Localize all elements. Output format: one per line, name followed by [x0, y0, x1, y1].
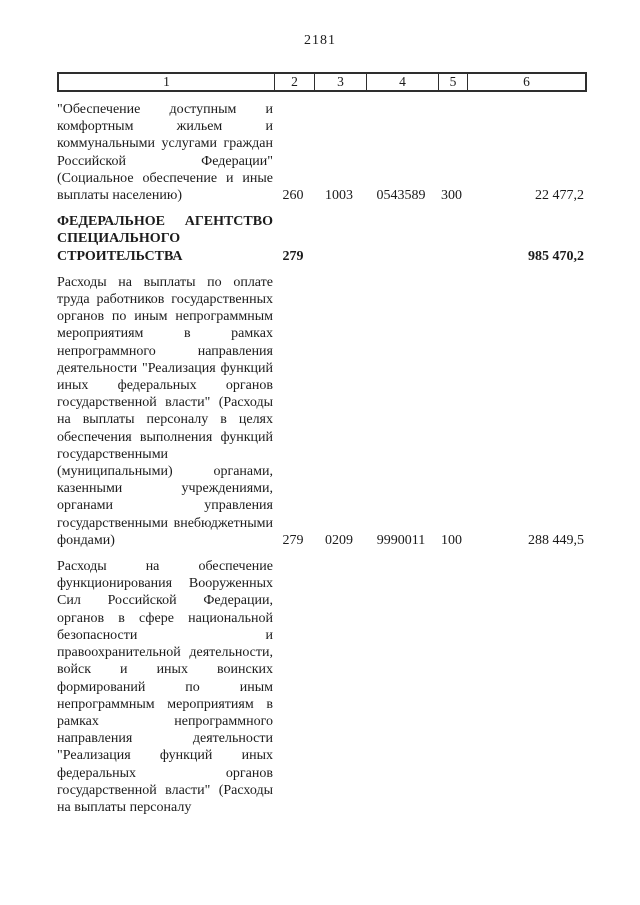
amount-cell: 288 449,5 — [466, 532, 587, 549]
table-row: "Обеспечение доступным и комфортным жиль… — [57, 101, 587, 204]
budget-table: 1 2 3 4 5 6 "Обеспечение доступным и ком… — [57, 72, 587, 816]
header-cell-4: 4 — [366, 74, 438, 90]
expense-name-cell: "Обеспечение доступным и комфортным жиль… — [57, 101, 273, 204]
header-cell-3: 3 — [314, 74, 366, 90]
code-cell-3: 0209 — [313, 532, 365, 549]
code-cell-4: 0543589 — [365, 187, 437, 204]
page-number: 2181 — [0, 33, 640, 49]
header-cell-1: 1 — [59, 74, 274, 90]
expense-name-cell: Расходы на выплаты по оплате труда работ… — [57, 274, 273, 549]
code-cell-2: 279 — [273, 532, 313, 549]
code-cell-2: 260 — [273, 187, 313, 204]
header-cell-5: 5 — [438, 74, 467, 90]
table-row-agency-header: ФЕДЕРАЛЬНОЕ АГЕНТСТВО СПЕЦИАЛЬНОГО СТРОИ… — [57, 213, 587, 265]
document-page: 2181 1 2 3 4 5 6 "Обеспечение доступным … — [0, 0, 640, 905]
table-header-row: 1 2 3 4 5 6 — [57, 72, 587, 92]
code-cell-5: 300 — [437, 187, 466, 204]
header-cell-6: 6 — [467, 74, 585, 90]
table-row: Расходы на выплаты по оплате труда работ… — [57, 274, 587, 549]
code-cell-5: 100 — [437, 532, 466, 549]
code-cell-4: 9990011 — [365, 532, 437, 549]
expense-name-cell: Расходы на обеспечение функционирования … — [57, 558, 273, 816]
table-row-continued: Расходы на обеспечение функционирования … — [57, 558, 587, 816]
code-cell-3: 1003 — [313, 187, 365, 204]
header-cell-2: 2 — [274, 74, 314, 90]
amount-cell: 22 477,2 — [466, 187, 587, 204]
agency-name-cell: ФЕДЕРАЛЬНОЕ АГЕНТСТВО СПЕЦИАЛЬНОГО СТРОИ… — [57, 213, 273, 265]
amount-cell: 985 470,2 — [466, 248, 587, 265]
code-cell-2: 279 — [273, 248, 313, 265]
